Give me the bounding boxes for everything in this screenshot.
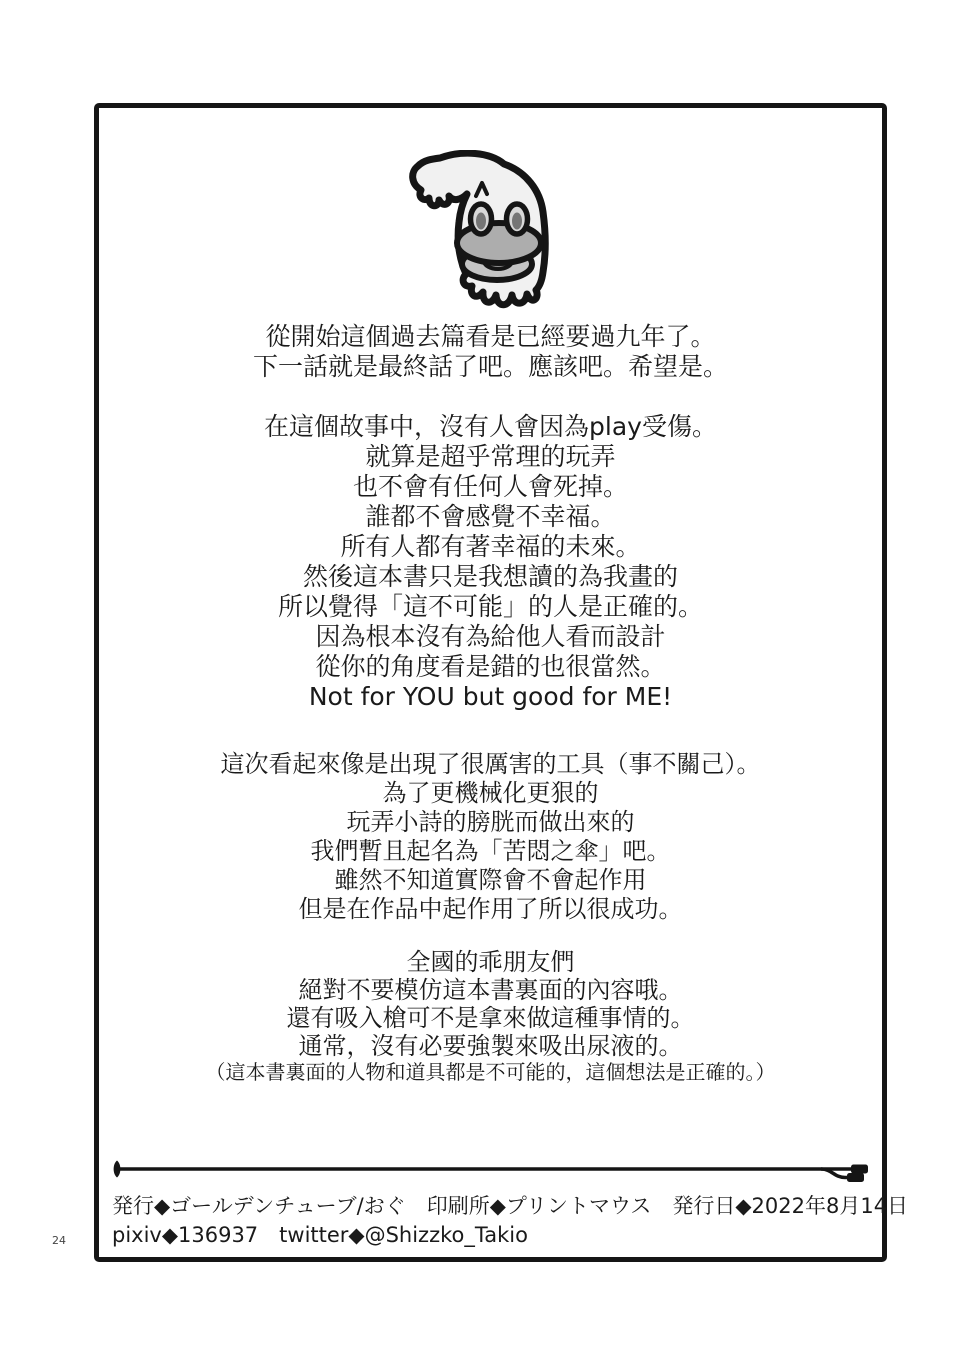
page-number: 24 (52, 1234, 66, 1247)
text-line: 也不會有任何人會死掉。 (99, 472, 882, 502)
text-line: 所以覺得「這不可能」的人是正確的。 (99, 592, 882, 622)
text-line: 就算是超乎常理的玩弄 (99, 442, 882, 472)
text-line: 然後這本書只是我想讀的為我畫的 (99, 562, 882, 592)
warning-footnote: （這本書裏面的人物和道具都是不可能的，這個想法是正確的。） (99, 1060, 882, 1084)
text-line: 還有吸入槍可不是拿來做這種事情的。 (99, 1004, 882, 1032)
mascot-pupil-left (476, 213, 486, 230)
text-line: 從你的角度看是錯的也很當然。 (99, 652, 882, 682)
suction-tube-icon (95, 1150, 886, 1190)
text-line: 所有人都有著幸福的未來。 (99, 532, 882, 562)
text-line: 絕對不要模仿這本書裏面的內容哦。 (99, 976, 882, 1004)
text-line: Not for YOU but good for ME! (99, 682, 882, 712)
tube-connector-upper (851, 1165, 868, 1174)
text-line: 從開始這個過去篇看是已經要過九年了。 (99, 322, 882, 352)
ghost-duck-mascot-icon (402, 150, 577, 312)
text-line: 為了更機械化更狠的 (99, 779, 882, 808)
text-line: 雖然不知道實際會不會起作用 (99, 866, 882, 895)
text-line: 玩弄小詩的膀胱而做出來的 (99, 808, 882, 837)
text-line: 我們暫且起名為「苦悶之傘」吧。 (99, 837, 882, 866)
paragraph-tool-note: 這次看起來像是出現了很厲害的工具（事不關己）。 為了更機械化更狠的 玩弄小詩的膀… (99, 750, 882, 924)
text-line: 全國的乖朋友們 (99, 948, 882, 976)
pixiv-twitter-line: pixiv◆136937 twitter◆@Shizzko_Takio (112, 1221, 872, 1250)
paragraph-warning: 全國的乖朋友們 絕對不要模仿這本書裏面的內容哦。 還有吸入槍可不是拿來做這種事情… (99, 948, 882, 1060)
text-line: 在這個故事中，沒有人會因為play受傷。 (99, 412, 882, 442)
text-line: 通常，沒有必要強製來吸出尿液的。 (99, 1032, 882, 1060)
colophon-credits: 発行◆ゴールデンチューブ/おぐ 印刷所◆プリントマウス 発行日◆2022年8月1… (112, 1192, 872, 1250)
text-line: 這次看起來像是出現了很厲害的工具（事不關己）。 (99, 750, 882, 779)
text-line: 因為根本沒有為給他人看而設計 (99, 622, 882, 652)
paragraph-story-note: 在這個故事中，沒有人會因為play受傷。 就算是超乎常理的玩弄 也不會有任何人會… (99, 412, 882, 712)
publisher-printer-date-line: 発行◆ゴールデンチューブ/おぐ 印刷所◆プリントマウス 発行日◆2022年8月1… (112, 1192, 872, 1221)
text-line: 下一話就是最終話了吧。應該吧。希望是。 (99, 352, 882, 382)
colophon-page: 從開始這個過去篇看是已經要過九年了。 下一話就是最終話了吧。應該吧。希望是。 在… (0, 0, 980, 1371)
paragraph-intro: 從開始這個過去篇看是已經要過九年了。 下一話就是最終話了吧。應該吧。希望是。 (99, 322, 882, 382)
mascot-bill (457, 223, 541, 263)
text-line: 但是在作品中起作用了所以很成功。 (99, 895, 882, 924)
text-line: 誰都不會感覺不幸福。 (99, 502, 882, 532)
mascot-pupil-right (512, 213, 522, 230)
tube-connector-lower (847, 1173, 864, 1182)
